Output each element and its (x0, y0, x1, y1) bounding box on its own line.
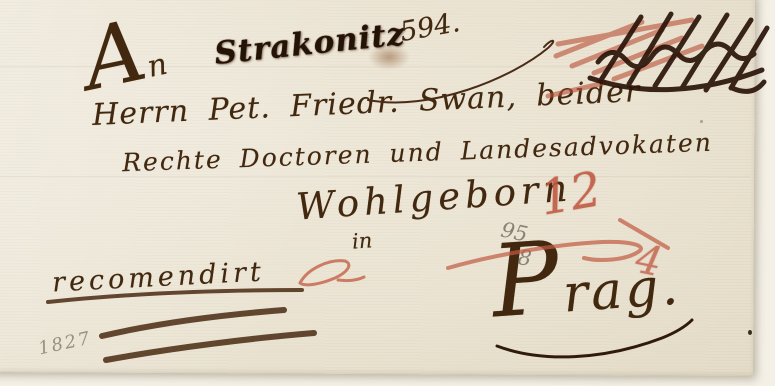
fold-crease (0, 176, 750, 179)
address-preposition: in (351, 228, 373, 253)
weight-note-95: 95 (499, 217, 530, 246)
red-crayon-rate-12: 12 (536, 161, 606, 227)
scanned-letter: An Strakonitz 594. Herrn Pet. Friedr. Sw… (0, 0, 775, 386)
paper-speck (700, 120, 703, 123)
paper-speck (748, 330, 752, 335)
